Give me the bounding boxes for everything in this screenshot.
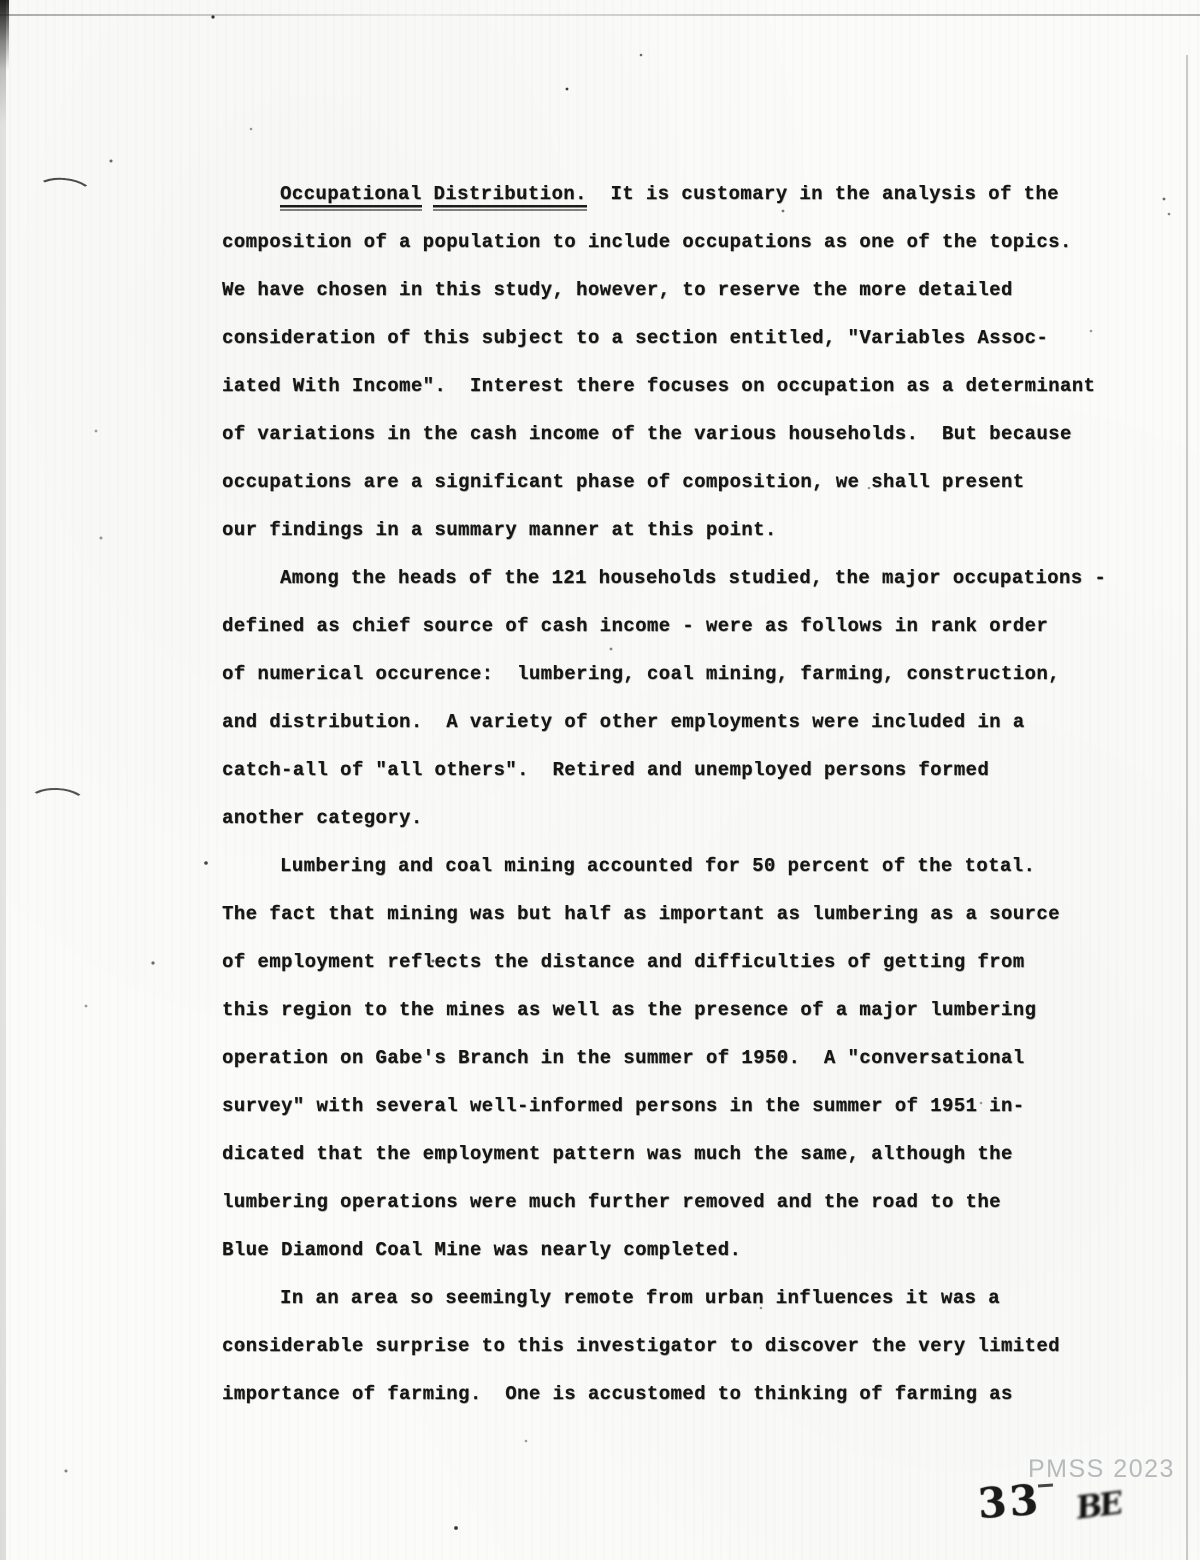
page-number: 33 (976, 1476, 1042, 1528)
text-line: Among the heads of the 121 households st… (222, 554, 1142, 602)
text-segment: The fact that mining was but half as imp… (222, 903, 1060, 925)
text-line: of numerical occurence: lumbering, coal … (222, 650, 1142, 698)
text-line: our findings in a summary manner at this… (222, 506, 1142, 554)
scan-edge-left (0, 0, 6, 1560)
text-line: catch-all of "all others". Retired and u… (222, 746, 1142, 794)
text-segment: It is customary in the analysis of the (587, 183, 1059, 205)
heading-underlined-text: Occupational (280, 183, 422, 211)
text-line: composition of a population to include o… (222, 218, 1142, 266)
text-line: importance of farming. One is accustomed… (222, 1370, 1142, 1418)
text-line: occupations are a significant phase of c… (222, 458, 1142, 506)
text-segment: survey" with several well-informed perso… (222, 1095, 1025, 1117)
text-line: considerable surprise to this investigat… (222, 1322, 1142, 1370)
text-segment: In an area so seemingly remote from urba… (280, 1287, 1000, 1309)
text-segment (422, 183, 434, 205)
text-segment: composition of a population to include o… (222, 231, 1072, 253)
text-line: of employment reflects the distance and … (222, 938, 1142, 986)
text-segment: our findings in a summary manner at this… (222, 519, 777, 541)
text-line: Occupational Distribution. It is customa… (222, 170, 1142, 218)
text-line: iated With Income". Interest there focus… (222, 362, 1142, 410)
text-segment: operation on Gabe's Branch in the summer… (222, 1047, 1025, 1069)
text-segment: another category. (222, 807, 423, 829)
text-segment: considerable surprise to this investigat… (222, 1335, 1060, 1357)
text-line: operation on Gabe's Branch in the summer… (222, 1034, 1142, 1082)
text-line: survey" with several well-informed perso… (222, 1082, 1142, 1130)
scanned-page: Occupational Distribution. It is customa… (0, 0, 1200, 1560)
text-segment: of variations in the cash income of the … (222, 423, 1072, 445)
text-segment: consideration of this subject to a secti… (222, 327, 1048, 349)
watermark: PMSS 2023 (1028, 1455, 1175, 1484)
text-line: lumbering operations were much further r… (222, 1178, 1142, 1226)
hole-punch-mark-top (33, 175, 96, 212)
stamp-mark: BE (1076, 1485, 1120, 1527)
text-line: The fact that mining was but half as imp… (222, 890, 1142, 938)
text-segment: We have chosen in this study, however, t… (222, 279, 1013, 301)
scan-corner-artifact (0, 0, 9, 70)
text-line: We have chosen in this study, however, t… (222, 266, 1142, 314)
text-segment: Among the heads of the 121 households st… (280, 567, 1106, 589)
text-segment: of numerical occurence: lumbering, coal … (222, 663, 1060, 685)
scan-edge-right (1186, 55, 1188, 1560)
text-segment: occupations are a significant phase of c… (222, 471, 1025, 493)
text-segment: iated With Income". Interest there focus… (222, 375, 1095, 397)
text-segment: importance of farming. One is accustomed… (222, 1383, 1013, 1405)
text-segment: lumbering operations were much further r… (222, 1191, 1001, 1213)
dash-mark (1038, 1483, 1053, 1487)
scan-noise-specks (0, 0, 2, 2)
heading-underlined-text: Distribution. (433, 183, 586, 211)
text-line: In an area so seemingly remote from urba… (222, 1274, 1142, 1322)
text-segment: defined as chief source of cash income -… (222, 615, 1048, 637)
text-line: another category. (222, 794, 1142, 842)
scan-edge-top (0, 14, 1200, 16)
text-line: dicated that the employment pattern was … (222, 1130, 1142, 1178)
text-segment: dicated that the employment pattern was … (222, 1143, 1013, 1165)
text-line: consideration of this subject to a secti… (222, 314, 1142, 362)
text-segment: catch-all of "all others". Retired and u… (222, 759, 989, 781)
text-line: and distribution. A variety of other emp… (222, 698, 1142, 746)
text-line: Blue Diamond Coal Mine was nearly comple… (222, 1226, 1142, 1274)
text-line: this region to the mines as well as the … (222, 986, 1142, 1034)
text-segment: Lumbering and coal mining accounted for … (280, 855, 1035, 877)
text-segment: this region to the mines as well as the … (222, 999, 1036, 1021)
text-segment: and distribution. A variety of other emp… (222, 711, 1025, 733)
text-block: Occupational Distribution. It is customa… (222, 170, 1142, 1418)
text-line: defined as chief source of cash income -… (222, 602, 1142, 650)
text-segment: of employment reflects the distance and … (222, 951, 1025, 973)
text-line: Lumbering and coal mining accounted for … (222, 842, 1142, 890)
text-segment: Blue Diamond Coal Mine was nearly comple… (222, 1239, 741, 1261)
text-line: of variations in the cash income of the … (222, 410, 1142, 458)
hole-punch-mark-bottom (25, 786, 89, 822)
